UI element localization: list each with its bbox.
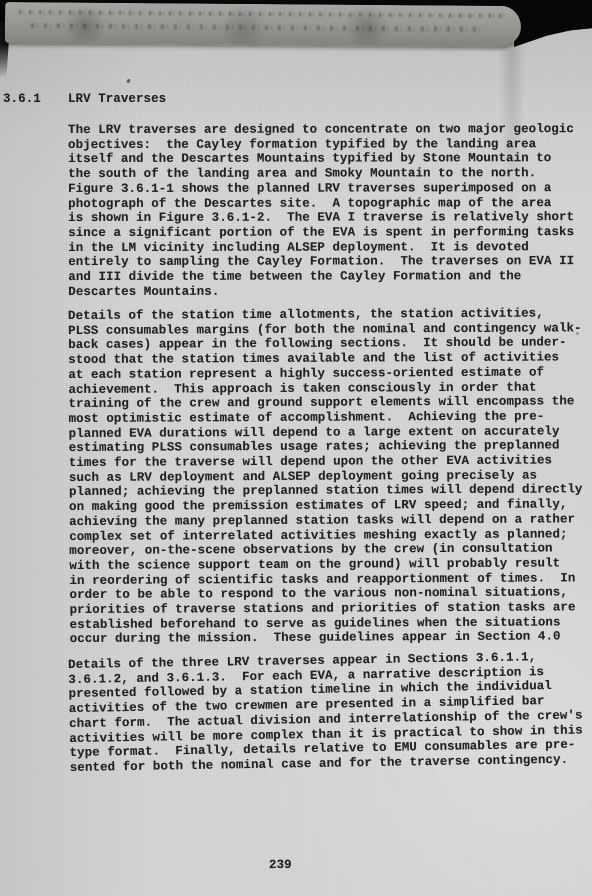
paper-sheet: 3.6.1 LRV Traverses The LRV traverses ar… xyxy=(0,22,592,896)
curled-page-edge-strip xyxy=(5,2,521,47)
page-number: 239 xyxy=(269,858,292,873)
ink-speck xyxy=(576,332,579,335)
paragraph-lrv-traverses-overview: The LRV traverses are designed to concen… xyxy=(68,122,574,299)
section-title: LRV Traverses xyxy=(68,92,166,107)
paragraph-station-time-allotments: Details of the station time allotments, … xyxy=(68,306,583,647)
section-number: 3.6.1 xyxy=(3,92,41,107)
scanned-document-page: 3.6.1 LRV Traverses The LRV traverses ar… xyxy=(0,0,592,896)
paragraph-traverse-details: Details of the three LRV traverses appea… xyxy=(68,649,583,775)
ink-speck xyxy=(126,79,131,84)
